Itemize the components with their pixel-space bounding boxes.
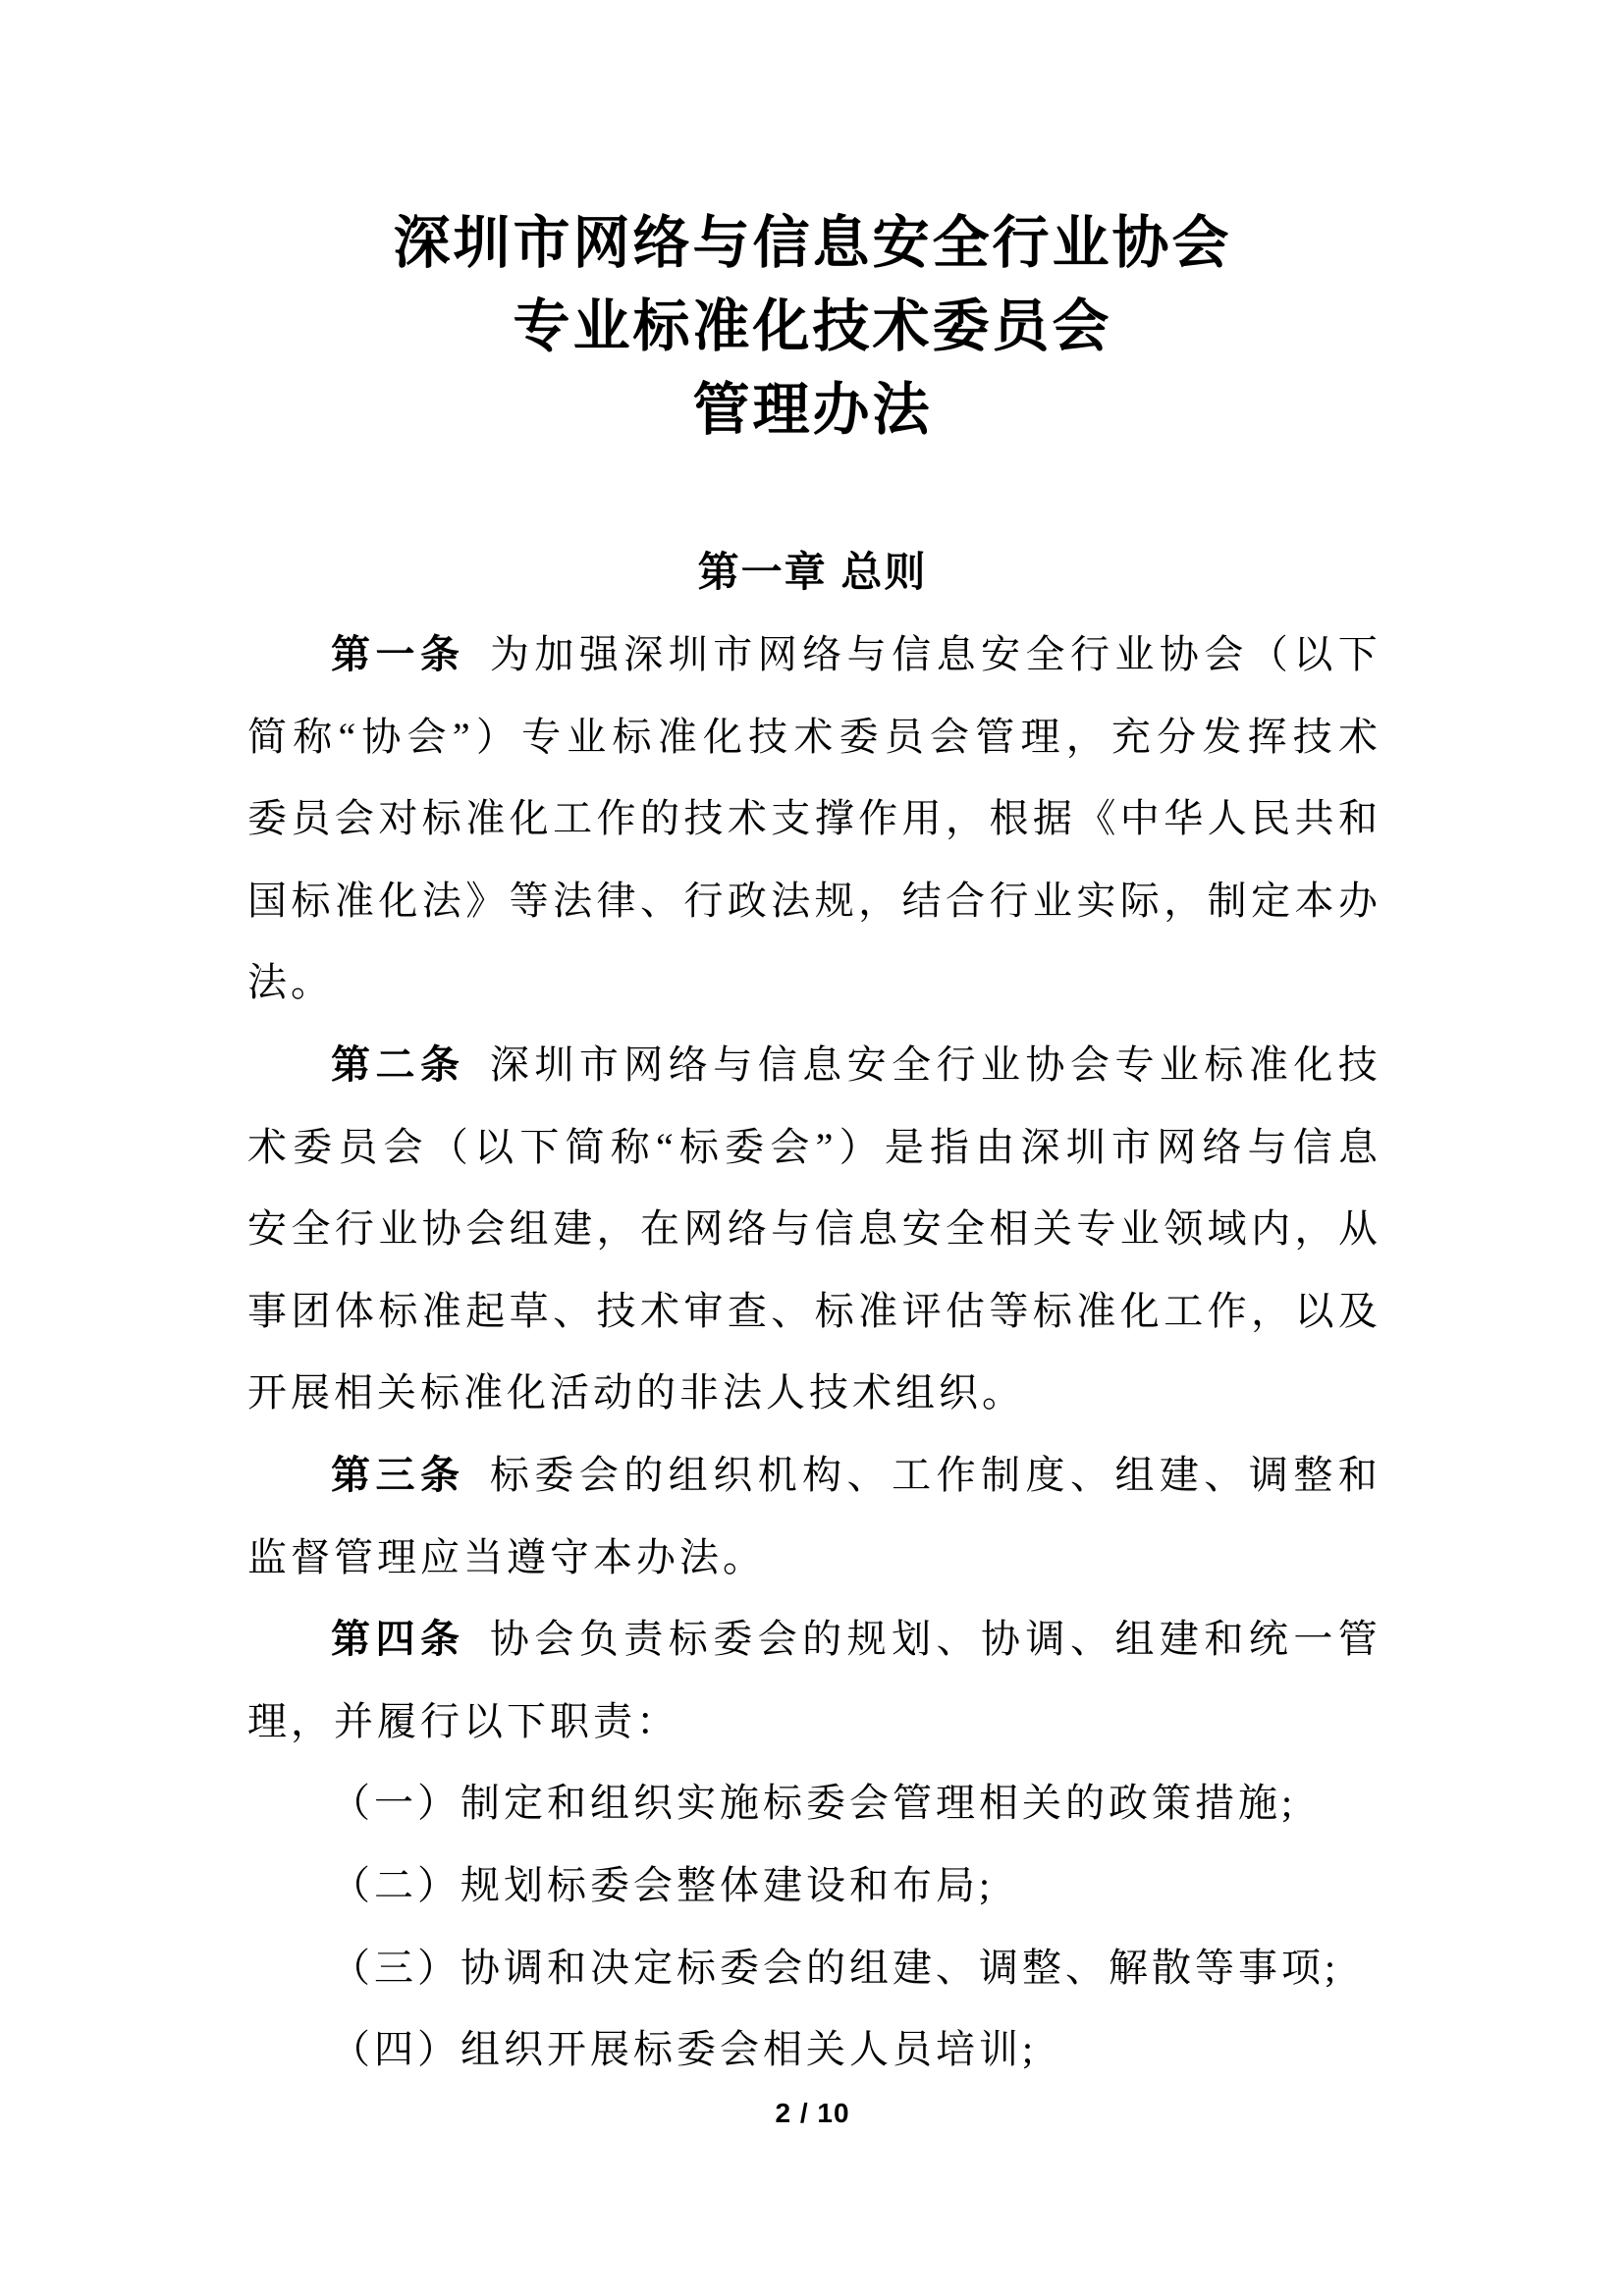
body-line: （四）组织开展标委会相关人员培训;	[247, 2008, 1378, 2091]
body-line: （一）制定和组织实施标委会管理相关的政策措施;	[247, 1762, 1378, 1844]
document-title: 深圳市网络与信息安全行业协会 专业标准化技术委员会 管理办法	[247, 201, 1378, 452]
body-line: 术委员会（以下简称“标委会”）是指由深圳市网络与信息	[247, 1106, 1378, 1189]
body-line: 安全行业协会组建，在网络与信息安全相关专业领域内，从	[247, 1188, 1378, 1270]
body-line: 第二条 深圳市网络与信息安全行业协会专业标准化技	[247, 1024, 1378, 1106]
body-line: 监督管理应当遵守本办法。	[247, 1517, 1378, 1599]
body-line: 第四条 协会负责标委会的规划、协调、组建和统一管	[247, 1598, 1378, 1681]
document-page: 深圳市网络与信息安全行业协会 专业标准化技术委员会 管理办法 第一章 总则 第一…	[0, 0, 1624, 2296]
chapter-heading: 第一章 总则	[247, 530, 1378, 614]
body-line: 第一条 为加强深圳市网络与信息安全行业协会（以下	[247, 614, 1378, 696]
body-line: 法。	[247, 941, 1378, 1024]
body-text: 第一条 为加强深圳市网络与信息安全行业协会（以下简称“协会”）专业标准化技术委员…	[247, 614, 1378, 2091]
page-number: 2 / 10	[247, 2099, 1378, 2128]
body-line: 开展相关标准化活动的非法人技术组织。	[247, 1352, 1378, 1434]
title-line-2: 专业标准化技术委员会	[247, 285, 1378, 368]
body-line: 理，并履行以下职责：	[247, 1681, 1378, 1763]
body-line: 委员会对标准化工作的技术支撑作用，根据《中华人民共和	[247, 777, 1378, 860]
title-line-3: 管理办法	[247, 368, 1378, 452]
body-line: 事团体标准起草、技术审查、标准评估等标准化工作，以及	[247, 1270, 1378, 1353]
title-line-1: 深圳市网络与信息安全行业协会	[247, 201, 1378, 285]
body-line: 国标准化法》等法律、行政法规，结合行业实际，制定本办	[247, 860, 1378, 942]
body-line: （二）规划标委会整体建设和布局;	[247, 1844, 1378, 1927]
body-line: 简称“协会”）专业标准化技术委员会管理，充分发挥技术	[247, 696, 1378, 778]
body-line: （三）协调和决定标委会的组建、调整、解散等事项;	[247, 1927, 1378, 2009]
body-line: 第三条 标委会的组织机构、工作制度、组建、调整和	[247, 1434, 1378, 1517]
page-content: 深圳市网络与信息安全行业协会 专业标准化技术委员会 管理办法 第一章 总则 第一…	[0, 0, 1624, 2128]
